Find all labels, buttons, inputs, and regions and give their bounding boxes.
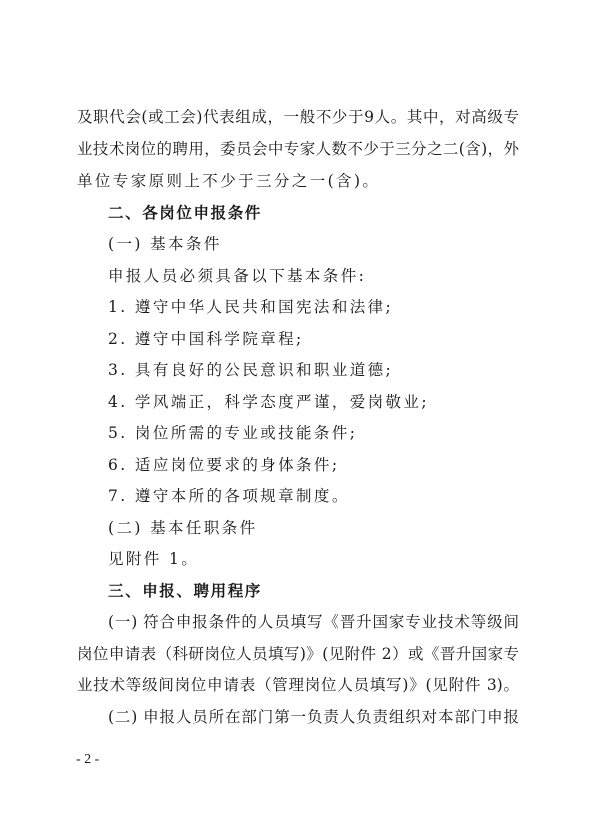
- list-item: 5. 岗位所需的专业或技能条件;: [108, 423, 550, 443]
- paragraph-line: 申报人员必须具备以下基本条件:: [108, 266, 550, 286]
- paragraph-line: 见附件 1。: [108, 549, 550, 569]
- list-item: 7. 遵守本所的各项规章制度。: [108, 486, 550, 506]
- page-number: - 2 -: [76, 752, 99, 768]
- subsection-heading: (一) 基本条件: [108, 234, 550, 254]
- paragraph-line: (二) 申报人员所在部门第一负责人负责组织对本部门申报: [108, 707, 519, 727]
- paragraph-line: (一) 符合申报条件的人员填写《晋升国家专业技术等级间: [108, 612, 519, 632]
- paragraph-line: 业技术等级间岗位申请表（管理岗位人员填写)》(见附件 3)。: [77, 675, 519, 695]
- paragraph-line: 及职代会(或工会)代表组成，一般不少于9人。其中，对高级专: [77, 107, 519, 127]
- section-heading-3: 三、申报、聘用程序: [108, 581, 550, 601]
- list-item: 6. 适应岗位要求的身体条件;: [108, 455, 550, 475]
- section-heading-2: 二、各岗位申报条件: [108, 203, 550, 223]
- list-item: 4. 学风端正，科学态度严谨，爱岗敬业;: [108, 392, 550, 412]
- paragraph-line: 单位专家原则上不少于三分之一(含)。: [77, 171, 519, 191]
- paragraph-line: 业技术岗位的聘用，委员会中专家人数不少于三分之二(含)，外: [77, 139, 519, 159]
- paragraph-line: 岗位申请表（科研岗位人员填写)》(见附件 2）或《晋升国家专: [77, 644, 519, 664]
- document-page: 及职代会(或工会)代表组成，一般不少于9人。其中，对高级专 业技术岗位的聘用，委…: [0, 0, 591, 837]
- list-item: 3. 具有良好的公民意识和职业道德;: [108, 360, 550, 380]
- list-item: 2. 遵守中国科学院章程;: [108, 329, 550, 349]
- subsection-heading: (二) 基本任职条件: [108, 518, 550, 538]
- list-item: 1. 遵守中华人民共和国宪法和法律;: [108, 297, 550, 317]
